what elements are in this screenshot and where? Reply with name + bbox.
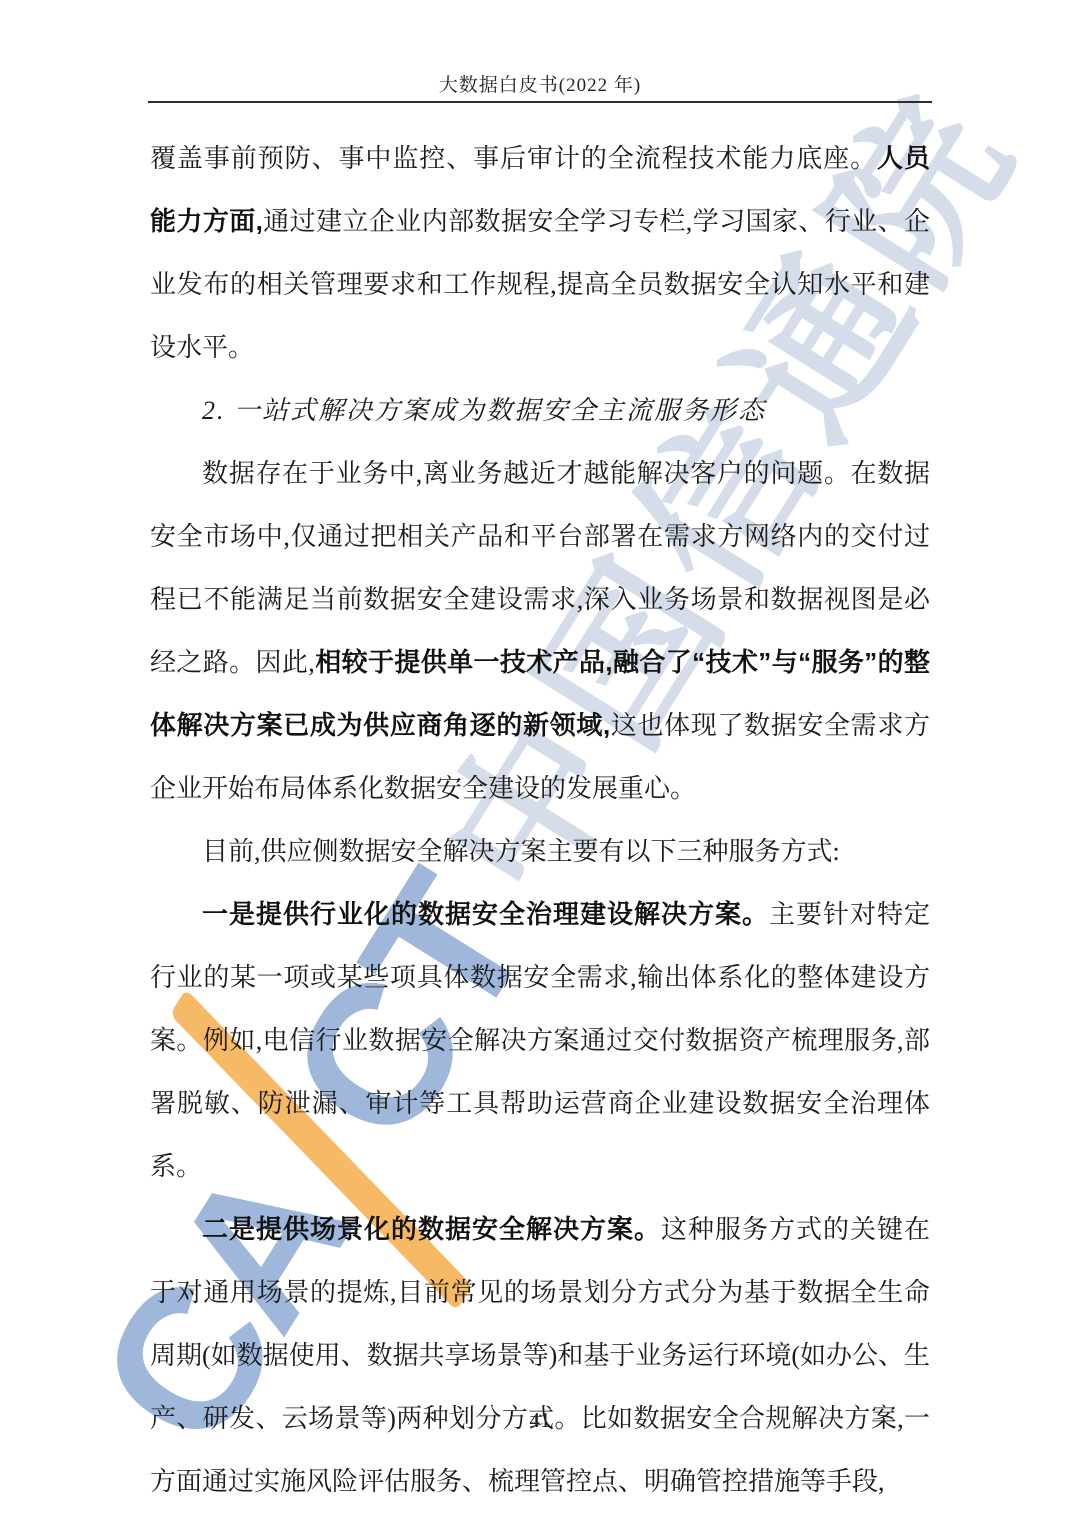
text-segment-bold: 一是提供行业化的数据安全治理建设解决方案。	[202, 899, 769, 929]
text-segment: 通过建立企业内部数据安全学习专栏,学习国家、行业、企业发布的相关管理要求和工作规…	[150, 207, 930, 362]
text-segment: 数据存在于业务中,离业务越近才越能解决客户的问题。在数据安全市场中,仅通过把相关…	[150, 459, 930, 677]
paragraph: 覆盖事前预防、事中监控、事后审计的全流程技术能力底座。人员能力方面,通过建立企业…	[150, 127, 930, 379]
text-segment: 这种服务方式的关键在于对通用场景的提炼,目前常见的场景划分方式分为基于数据全生命…	[150, 1215, 930, 1496]
document-body: 覆盖事前预防、事中监控、事后审计的全流程技术能力底座。人员能力方面,通过建立企业…	[150, 127, 930, 1513]
text-segment: 目前,供应侧数据安全解决方案主要有以下三种服务方式:	[202, 837, 840, 866]
text-segment-bold: 二是提供场景化的数据安全解决方案。	[202, 1214, 661, 1244]
text-segment: 覆盖事前预防、事中监控、事后审计的全流程技术能力底座。	[150, 144, 877, 173]
section-heading: 2. 一站式解决方案成为数据安全主流服务形态	[150, 379, 930, 442]
text-segment: 主要针对特定行业的某一项或某些项具体数据安全需求,输出体系化的整体建设方案。例如…	[150, 900, 930, 1181]
paragraph: 一是提供行业化的数据安全治理建设解决方案。主要针对特定行业的某一项或某些项具体数…	[150, 883, 930, 1198]
header-rule	[148, 101, 932, 103]
page-header-title: 大数据白皮书(2022 年)	[0, 70, 1080, 97]
paragraph: 数据存在于业务中,离业务越近才越能解决客户的问题。在数据安全市场中,仅通过把相关…	[150, 442, 930, 820]
paragraph: 目前,供应侧数据安全解决方案主要有以下三种服务方式:	[150, 820, 930, 883]
document-page: 大数据白皮书(2022 年) CA CT 中国信通院 覆盖事前预防、事中监控、事…	[0, 0, 1080, 1527]
page-number: 41	[0, 1408, 1080, 1433]
paragraph: 二是提供场景化的数据安全解决方案。这种服务方式的关键在于对通用场景的提炼,目前常…	[150, 1198, 930, 1513]
text-segment: 2. 一站式解决方案成为数据安全主流服务形态	[202, 396, 766, 425]
